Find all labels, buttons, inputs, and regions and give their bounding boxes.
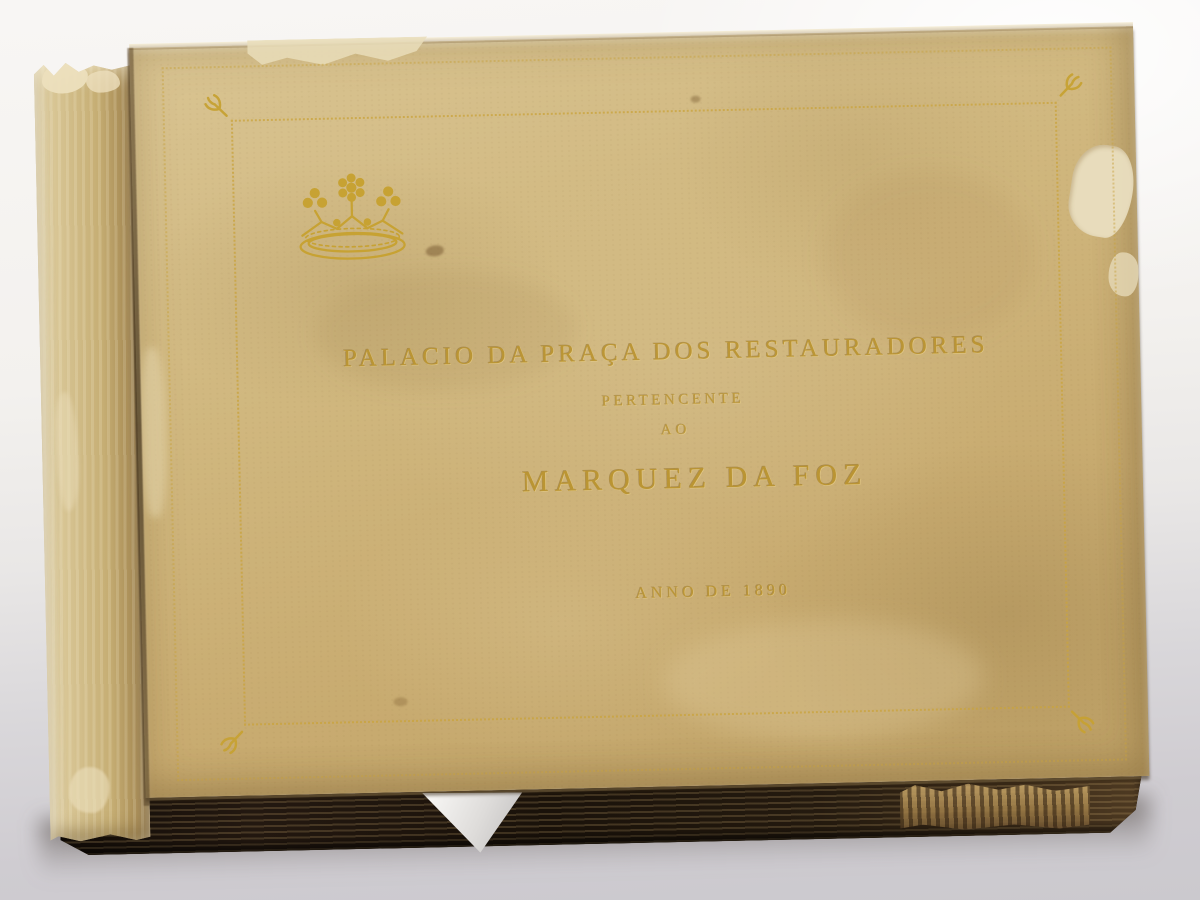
- stain: [393, 697, 407, 706]
- stain: [822, 168, 1036, 343]
- scuffed-vellum-patch: [1064, 141, 1139, 241]
- corner-fleur-icon: [1060, 699, 1102, 741]
- cover-owner-name: MARQUEZ DA FOZ: [193, 451, 1198, 507]
- front-cover: PALACIO DA PRAÇA DOS RESTAURADORES PERTE…: [129, 26, 1149, 798]
- worn-patch: [662, 616, 985, 743]
- book: PALACIO DA PRAÇA DOS RESTAURADORES PERTE…: [33, 26, 1150, 862]
- ragged-page-edges: [900, 782, 1091, 830]
- cover-damage-chip: [247, 37, 428, 67]
- corner-fleur-icon: [1048, 65, 1090, 107]
- stain: [690, 96, 700, 103]
- cover-year-line: ANNO DE 1890: [211, 572, 1200, 612]
- spine-damage-chip: [42, 63, 89, 94]
- stain: [314, 268, 577, 394]
- cover-title: PALACIO DA PRAÇA DOS RESTAURADORES: [164, 327, 1168, 377]
- scuffed-vellum-patch: [140, 347, 168, 517]
- spine-damage-chip: [69, 767, 110, 814]
- spine-wear-streak: [55, 391, 80, 511]
- scuffed-vellum-patch: [1108, 252, 1139, 297]
- corner-fleur-icon: [212, 720, 254, 762]
- spine-damage-chip: [86, 70, 120, 93]
- marquess-coronet-icon: [279, 162, 425, 267]
- stain: [426, 245, 444, 256]
- photograph-of-book: PALACIO DA PRAÇA DOS RESTAURADORES PERTE…: [0, 0, 1200, 900]
- cover-subtitle-ao: AO: [174, 411, 1178, 450]
- corner-fleur-icon: [196, 86, 238, 128]
